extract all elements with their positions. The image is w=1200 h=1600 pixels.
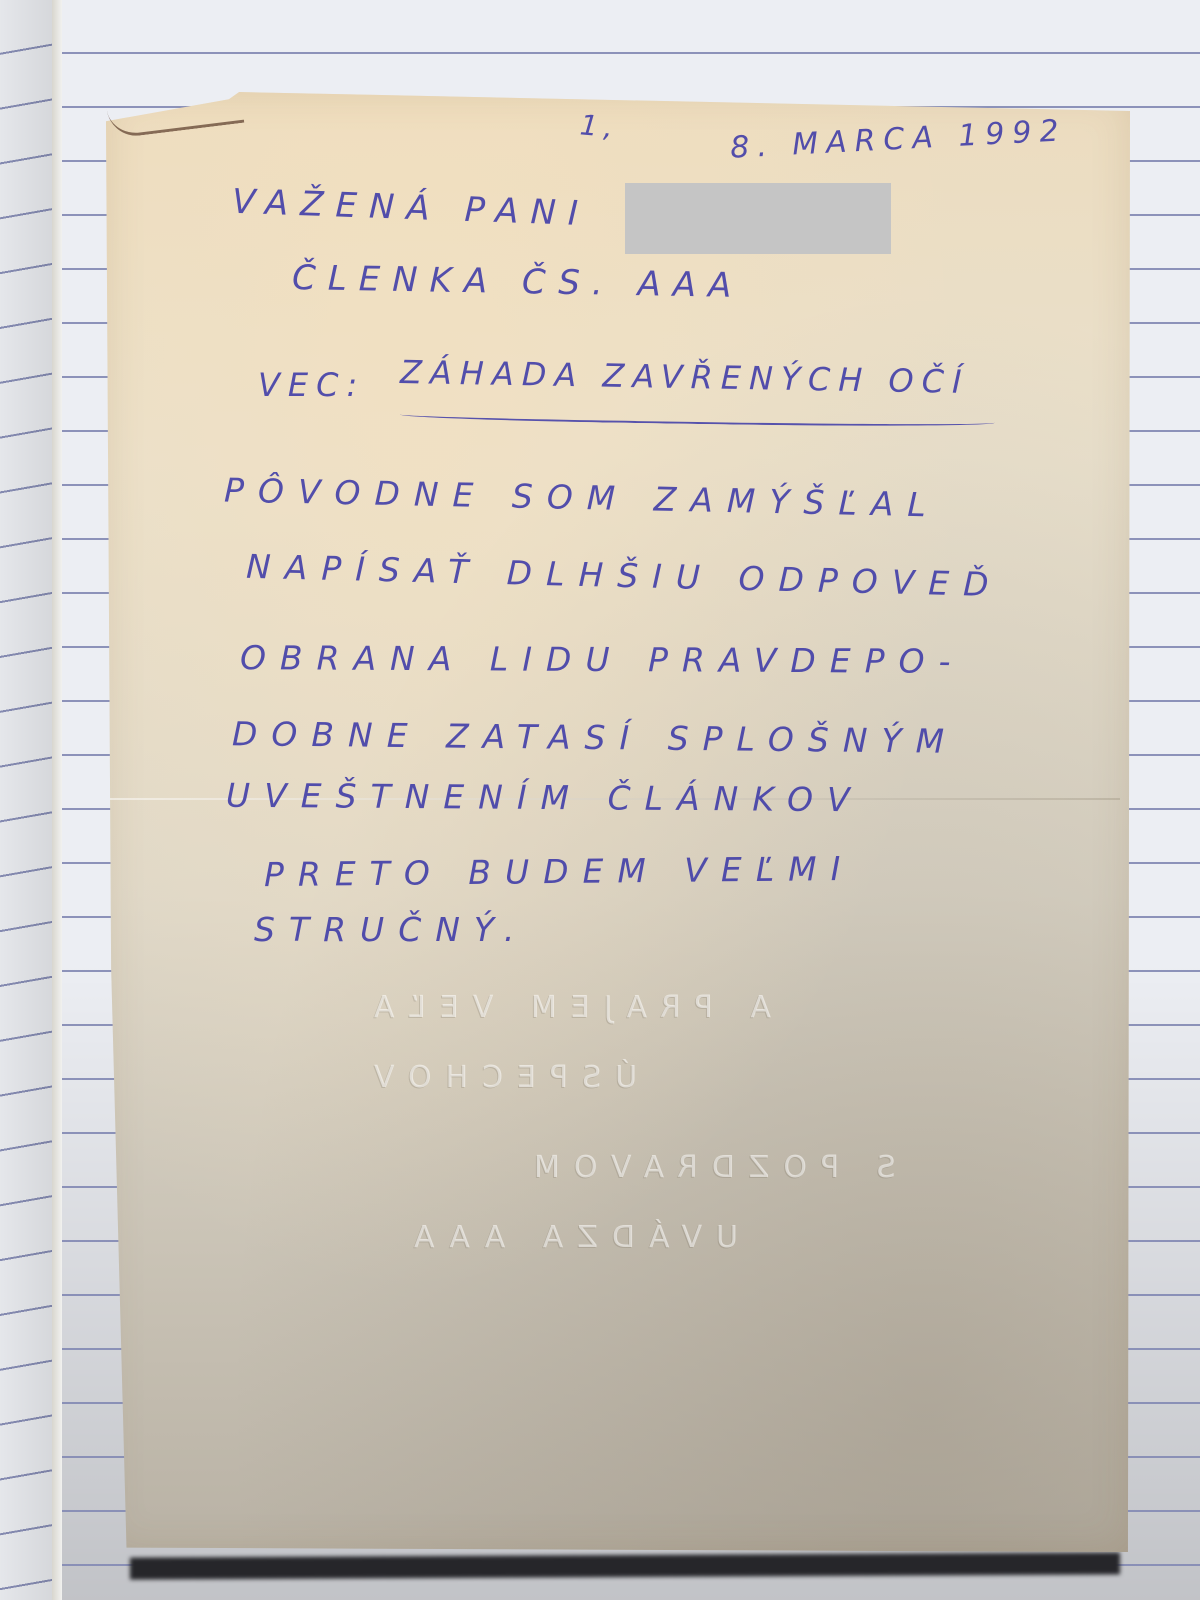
body-line: UVEŠTNENÍM ČLÁNKOV (226, 776, 864, 819)
body-line: PRETO BUDEM VEĽMI (264, 849, 855, 894)
body-line: STRUČNÝ. (254, 910, 528, 949)
redacted-recipient-name (625, 183, 891, 254)
embossed-trace: S POZDRAVOM (520, 1150, 896, 1185)
notebook-left-page (0, 0, 54, 1600)
page-marker: 1, (579, 108, 620, 144)
embossed-trace: UVÁDZA AAA (400, 1220, 738, 1255)
body-line: OBRANA LIDU PRAVDEPO- (240, 638, 965, 681)
letter-sheet (106, 92, 1130, 1552)
embossed-trace: ÚSPECHOV (360, 1060, 637, 1095)
body-line: DOBNE ZATASÍ SPLOŠNÝM (232, 714, 959, 761)
notebook-gutter (52, 0, 62, 1600)
subject-label: VEC: (258, 366, 365, 404)
embossed-trace: A PRAJEM VEĽA (360, 990, 771, 1025)
recipient-membership: ČLENKA ČS. AAA (292, 258, 744, 306)
